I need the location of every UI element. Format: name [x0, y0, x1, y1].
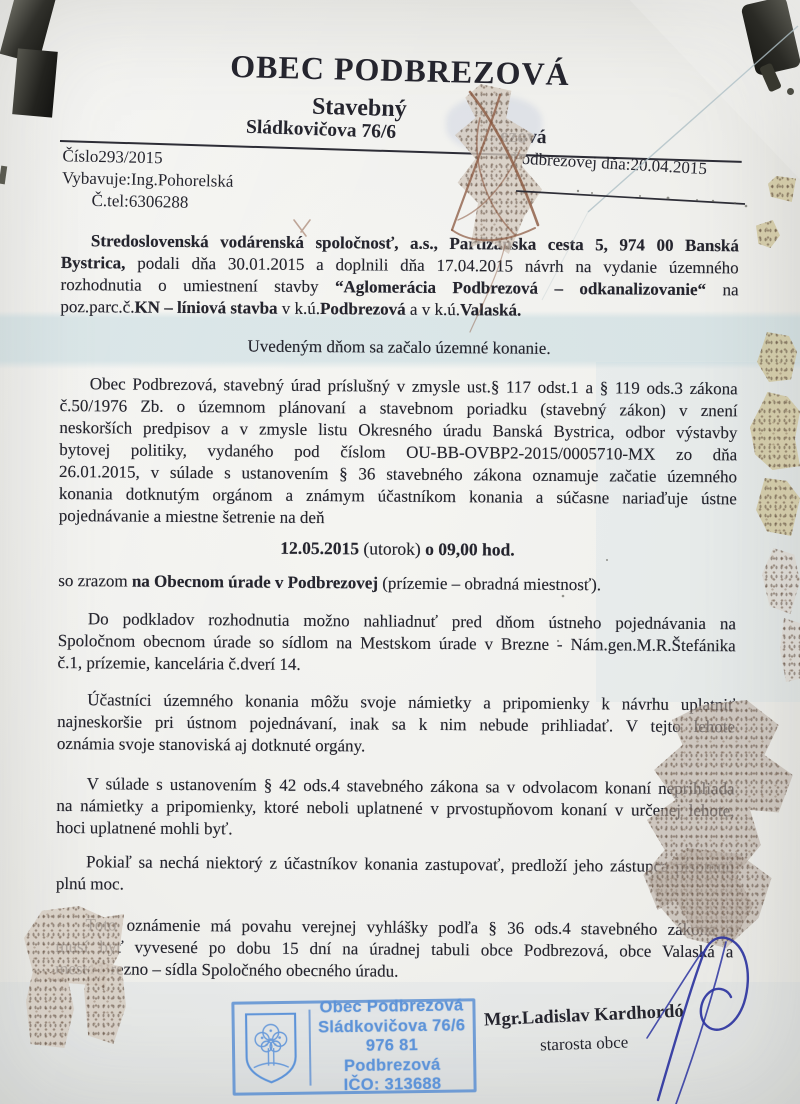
paragraph-2: Uvedeným dňom sa začalo územné konanie. [60, 334, 738, 361]
paragraph-10: Toto oznámenie má povahu verejnej vyhláš… [55, 914, 733, 985]
paragraph-9: Pokiaľ sa nechá niektorý z účastníkov ko… [56, 851, 734, 900]
stamp-text: Obec Podbrezová Sládkovičova 76/6 976 81… [316, 997, 467, 1097]
stamp-line-4: IČO: 313688 [317, 1075, 467, 1097]
document-body: Stredoslovenská vodárenská spoločnosť, a… [55, 230, 739, 985]
paragraph-8: V súlade s ustanovením § 42 ods.4 staveb… [56, 773, 734, 844]
stamp-divider [308, 1010, 311, 1086]
stain-right-edge-5 [756, 478, 800, 536]
paragraph-7: Účastníci územného konania môžu svoje ná… [57, 689, 735, 760]
paragraph-3: Obec Podbrezová, stavebný úrad príslušný… [59, 373, 738, 532]
address-left: Sládkovičova 76/6 [246, 117, 397, 143]
stain-right-edge-1 [768, 176, 796, 202]
signatory-name: Mgr.Ladislav Kardhordó [484, 1001, 685, 1031]
coat-of-arms-icon [242, 1010, 299, 1087]
municipal-stamp: Obec Podbrezová Sládkovičova 76/6 976 81… [231, 998, 476, 1095]
paragraph-6: Do podkladov rozhodnutia možno nahliadnu… [58, 608, 736, 679]
paragraph-4: 12.05.2015 (utorok) o 09,00 hod. [58, 535, 736, 562]
reference-block: Číslo293/2015 Vybavuje:Ing.Pohorelská Č.… [61, 145, 234, 215]
paragraph-5: so zrazom na Obecnom úrade v Podbrezovej… [58, 570, 736, 597]
stamp-line-1: Obec Podbrezová [316, 997, 466, 1019]
signatory-role: starosta obce [540, 1032, 629, 1055]
paragraph-4-line-1: 12.05.2015 (utorok) o 09,00 hod. [58, 535, 736, 562]
stain-right-edge-4 [750, 392, 800, 470]
stain-right-edge-6 [762, 548, 800, 614]
phone-number: Č.tel:6306288 [61, 189, 233, 215]
stain-bottom-left-leg1 [26, 970, 74, 1048]
paragraph-1: Stredoslovenská vodárenská spoločnosť, a… [60, 230, 739, 323]
handler-name: Vybavuje:Ing.Pohorelská [62, 167, 234, 193]
ink-smudge [446, 96, 542, 152]
stain-right-edge-7 [780, 618, 800, 682]
stamp-shield-cell [240, 1010, 301, 1087]
stain-right-edge-3 [757, 332, 797, 382]
left-edge-mark [0, 166, 7, 185]
date-underline [516, 191, 745, 204]
stamp-line-2: Sládkovičova 76/6 [317, 1016, 467, 1038]
paragraph-2-line-1: Uvedeným dňom sa začalo územné konanie. [60, 334, 738, 361]
stamp-line-3: 976 81 Podbrezová [317, 1036, 468, 1077]
stain-right-edge-2 [756, 220, 780, 248]
date-place-line: Podbrezovej dňa:20.04.2015 [512, 148, 753, 181]
document-photo: OBEC PODBREZOVÁ Stavebný Sládkovičova 76… [0, 0, 800, 1104]
page-title: OBEC PODBREZOVÁ [0, 42, 800, 99]
paragraph-5-line-1: so zrazom na Obecnom úrade v Podbrezovej… [58, 570, 736, 597]
